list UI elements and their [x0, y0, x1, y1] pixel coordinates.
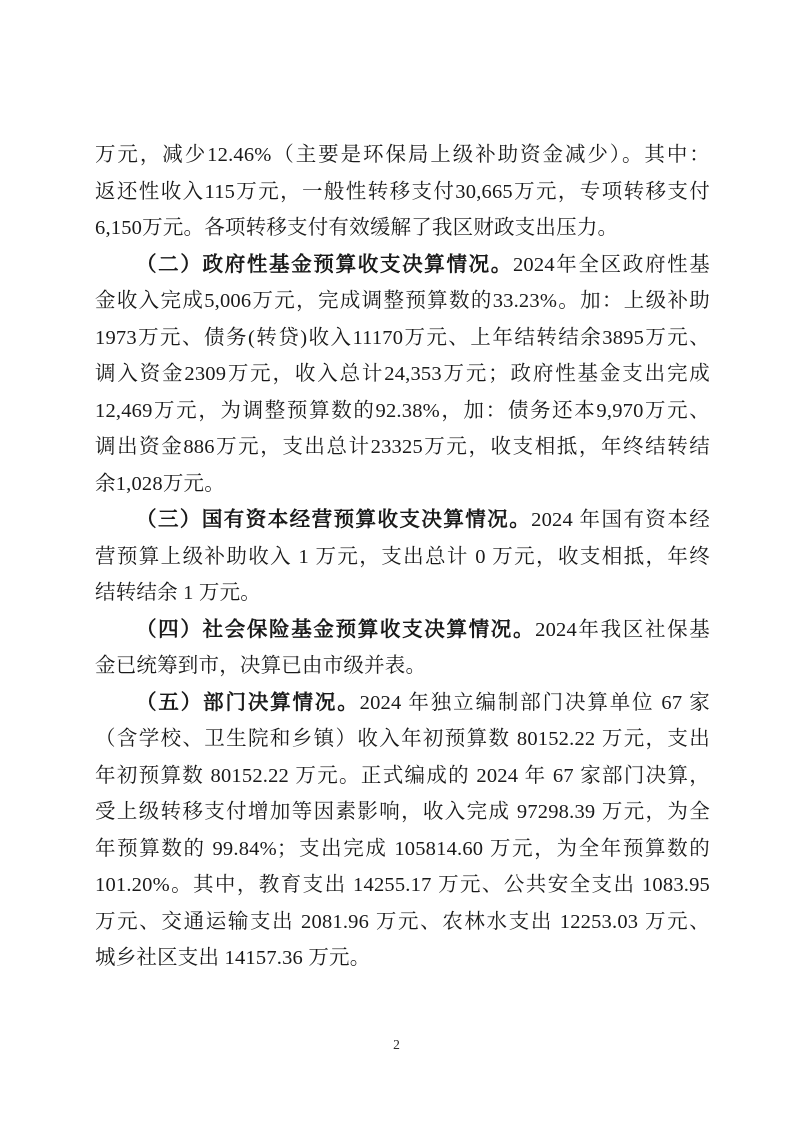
- page-number: 2: [393, 1037, 400, 1052]
- text-run: 余1,028万元。: [95, 473, 225, 495]
- text-line: 返还性收入115万元，一般性转移支付30,665万元，专项转移支付: [95, 174, 710, 211]
- text-line: （四）社会保险基金预算收支决算情况。2024年我区社保基: [95, 612, 710, 649]
- text-line: 万元，减少12.46%（主要是环保局上级补助资金减少）。其中：: [95, 137, 710, 174]
- text-run: 2024 年国有资本经: [531, 509, 710, 531]
- text-run: 金已统筹到市，决算已由市级并表。: [95, 655, 426, 677]
- text-run: 调入资金2309万元，收入总计24,353万元；政府性基金支出完成: [95, 363, 710, 385]
- text-line: （二）政府性基金预算收支决算情况。2024年全区政府性基: [95, 247, 710, 284]
- text-run: 6,150万元。各项转移支付有效缓解了我区财政支出压力。: [95, 217, 618, 239]
- text-run: 2024 年独立编制部门决算单位 67 家: [360, 692, 710, 714]
- text-run: 年预算数的 99.84%；支出完成 105814.60 万元，为全年预算数的: [95, 838, 710, 860]
- section-heading: （三）国有资本经营预算收支决算情况。: [136, 509, 531, 531]
- text-run: 返还性收入115万元，一般性转移支付30,665万元，专项转移支付: [95, 181, 710, 203]
- text-line: 城乡社区支出 14157.36 万元。: [95, 940, 710, 977]
- text-run: 万元，减少12.46%（主要是环保局上级补助资金减少）。其中：: [95, 144, 710, 166]
- text-line: 营预算上级补助收入 1 万元，支出总计 0 万元，收支相抵，年终: [95, 539, 710, 576]
- text-line: 年预算数的 99.84%；支出完成 105814.60 万元，为全年预算数的: [95, 831, 710, 868]
- text-line: 金收入完成5,006万元，完成调整预算数的33.23%。加：上级补助: [95, 283, 710, 320]
- text-run: （含学校、卫生院和乡镇）收入年初预算数 80152.22 万元，支出: [95, 728, 710, 750]
- text-run: 年初预算数 80152.22 万元。正式编成的 2024 年 67 家部门决算，: [95, 765, 710, 787]
- text-line: 万元、交通运输支出 2081.96 万元、农林水支出 12253.03 万元、: [95, 904, 710, 941]
- text-run: 结转结余 1 万元。: [95, 582, 261, 604]
- text-line: 12,469万元，为调整预算数的92.38%，加：债务还本9,970万元、: [95, 393, 710, 430]
- text-run: 1973万元、债务(转贷)收入11170万元、上年结转结余3895万元、: [95, 327, 710, 349]
- document-body: 万元，减少12.46%（主要是环保局上级补助资金减少）。其中：返还性收入115万…: [95, 137, 710, 977]
- text-line: 受上级转移支付增加等因素影响，收入完成 97298.39 万元，为全: [95, 794, 710, 831]
- text-run: 2024年我区社保基: [535, 619, 710, 641]
- text-run: 受上级转移支付增加等因素影响，收入完成 97298.39 万元，为全: [95, 801, 710, 823]
- text-line: 6,150万元。各项转移支付有效缓解了我区财政支出压力。: [95, 210, 710, 247]
- section-heading: （五）部门决算情况。: [136, 692, 360, 714]
- document-page: 万元，减少12.46%（主要是环保局上级补助资金减少）。其中：返还性收入115万…: [0, 0, 793, 1122]
- text-run: 金收入完成5,006万元，完成调整预算数的33.23%。加：上级补助: [95, 290, 710, 312]
- text-run: 调出资金886万元，支出总计23325万元，收支相抵，年终结转结: [95, 436, 710, 458]
- text-run: 万元、交通运输支出 2081.96 万元、农林水支出 12253.03 万元、: [95, 911, 710, 933]
- page-footer: 2: [0, 1036, 793, 1054]
- text-run: 营预算上级补助收入 1 万元，支出总计 0 万元，收支相抵，年终: [95, 546, 710, 568]
- section-heading: （四）社会保险基金预算收支决算情况。: [136, 619, 535, 641]
- text-line: 金已统筹到市，决算已由市级并表。: [95, 648, 710, 685]
- text-line: 1973万元、债务(转贷)收入11170万元、上年结转结余3895万元、: [95, 320, 710, 357]
- text-line: （含学校、卫生院和乡镇）收入年初预算数 80152.22 万元，支出: [95, 721, 710, 758]
- text-run: 101.20%。其中，教育支出 14255.17 万元、公共安全支出 1083.…: [95, 874, 710, 896]
- text-run: 2024年全区政府性基: [513, 254, 710, 276]
- text-line: 结转结余 1 万元。: [95, 575, 710, 612]
- text-line: 余1,028万元。: [95, 466, 710, 503]
- text-line: （三）国有资本经营预算收支决算情况。2024 年国有资本经: [95, 502, 710, 539]
- text-line: 101.20%。其中，教育支出 14255.17 万元、公共安全支出 1083.…: [95, 867, 710, 904]
- text-line: 年初预算数 80152.22 万元。正式编成的 2024 年 67 家部门决算，: [95, 758, 710, 795]
- text-run: 城乡社区支出 14157.36 万元。: [95, 947, 370, 969]
- text-line: 调入资金2309万元，收入总计24,353万元；政府性基金支出完成: [95, 356, 710, 393]
- text-line: 调出资金886万元，支出总计23325万元，收支相抵，年终结转结: [95, 429, 710, 466]
- section-heading: （二）政府性基金预算收支决算情况。: [136, 254, 513, 276]
- text-line: （五）部门决算情况。2024 年独立编制部门决算单位 67 家: [95, 685, 710, 722]
- text-run: 12,469万元，为调整预算数的92.38%，加：债务还本9,970万元、: [95, 400, 710, 422]
